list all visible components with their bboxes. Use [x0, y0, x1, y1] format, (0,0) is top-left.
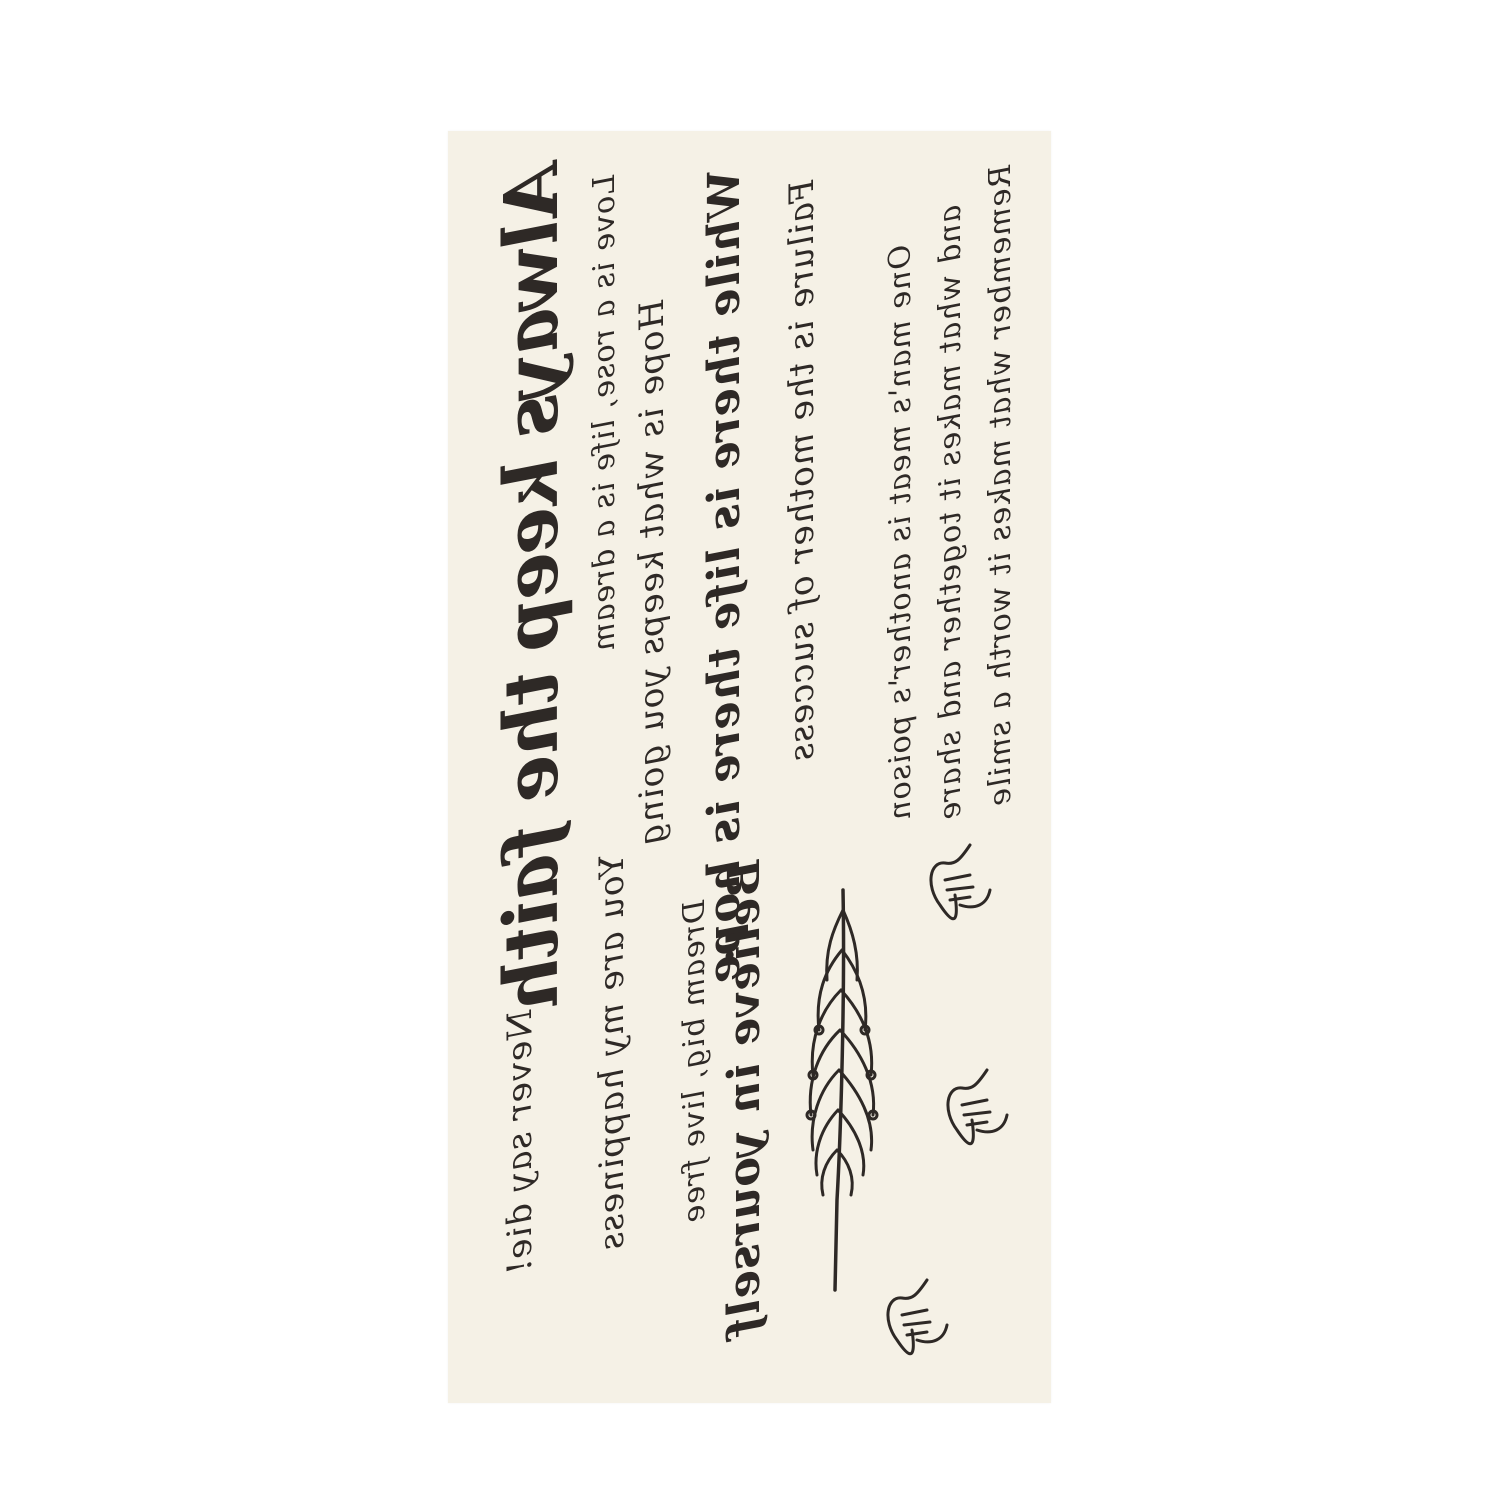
love-script-mark-3: [872, 1270, 952, 1370]
quote-dream-big: Dream big, live free: [677, 900, 712, 1223]
quote-believe-in-yourself: Believe in yourself: [719, 860, 770, 1337]
quote-always-keep-the-faith: Always keep the faith: [489, 165, 575, 1010]
quote-failure-is-the-mother: Failure is the mother of success: [782, 180, 822, 762]
quote-hope-line: Hope is what keeps you going: [632, 300, 672, 846]
feather-icon: [805, 870, 881, 1300]
love-script-mark-1: [915, 835, 995, 935]
quote-you-are-my: You are my happiness: [592, 855, 632, 1251]
quote-small-left: Love is a rose, life is a dream: [587, 175, 622, 652]
love-script-mark-2: [932, 1060, 1012, 1160]
quote-remember-line-3: One man's meat is another's poison: [883, 245, 918, 821]
quote-remember-line-1: Remember what makes it worth a smile: [983, 165, 1018, 807]
quote-remember-line-2: and what makes it together and share: [933, 205, 968, 821]
quote-never-say-die: Never say die!: [500, 1010, 540, 1274]
